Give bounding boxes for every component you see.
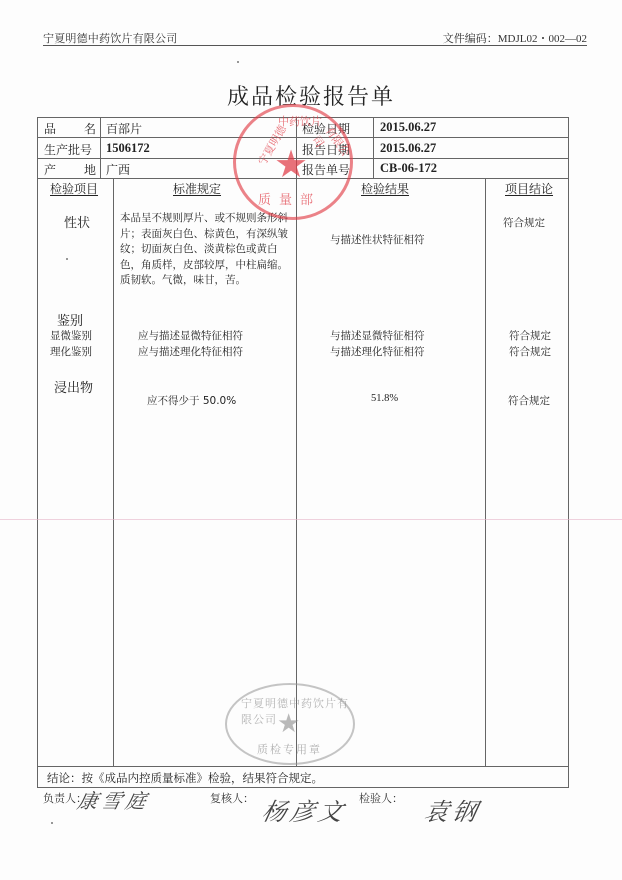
quality-dept-stamp: 宁夏明德 中药饮片 有限公司 ★ 质量部: [233, 104, 353, 220]
report-no-value: CB-06-172: [380, 161, 437, 176]
stamp-bottom-text: 质量部: [258, 189, 321, 208]
conclusion-microscopic: 符合规定: [509, 328, 551, 343]
result-microscopic: 与描述显微特征相符: [330, 328, 425, 343]
item-identification: 鉴别: [57, 310, 83, 329]
table-border: [296, 178, 297, 766]
product-name-label: 品名: [44, 120, 96, 137]
scan-speck: [51, 822, 53, 824]
header-standard: 标准规定: [173, 180, 221, 197]
document-header: 宁夏明德中药饮片有限公司 文件编码：MDJL02・002—02: [43, 30, 587, 46]
standard-appearance: 本品呈不规则厚片、或不规则条形斜片；表面灰白色、棕黄色，有深纵皱纹；切面灰白色、…: [120, 211, 295, 289]
star-icon: ★: [277, 711, 300, 737]
conclusion-extract: 符合规定: [508, 393, 550, 408]
result-extract: 51.8%: [371, 393, 398, 404]
item-appearance: 性状: [64, 212, 90, 231]
conclusion-physicochemical: 符合规定: [509, 344, 551, 359]
inspector-signature: 袁钢: [421, 792, 484, 827]
scan-artifact-line: [0, 519, 622, 520]
file-code-value: MDJL02・002—02: [498, 33, 587, 45]
header-item: 检验项目: [50, 180, 98, 197]
label-part: 名: [84, 120, 96, 137]
conclusion-appearance: 符合规定: [503, 215, 545, 230]
table-border: [113, 178, 114, 766]
table-border: [37, 766, 569, 767]
label-part: 地: [84, 161, 96, 178]
batch-label: 生产批号: [44, 141, 92, 158]
header-result: 检验结果: [361, 180, 409, 197]
table-border: [485, 178, 486, 766]
table-border: [100, 117, 101, 178]
qc-seal-stamp: 宁夏明德中药饮片有限公司 ★ 质检专用章: [225, 683, 355, 765]
file-code-label: 文件编码：: [443, 33, 498, 45]
inspection-report-page: 宁夏明德中药饮片有限公司 文件编码：MDJL02・002—02 成品检验报告单 …: [0, 0, 622, 880]
report-date-value: 2015.06.27: [380, 141, 436, 156]
label-part: 产: [44, 161, 56, 178]
origin-label: 产地: [44, 161, 96, 178]
result-physicochemical: 与描述理化特征相符: [330, 344, 425, 359]
standard-microscopic: 应与描述显微特征相符: [138, 328, 243, 343]
item-microscopic: 显微鉴别: [50, 328, 92, 343]
header-conclusion: 项目结论: [505, 180, 553, 197]
scan-speck: [237, 61, 239, 63]
result-appearance: 与描述性状特征相符: [330, 232, 425, 247]
responsible-signature: 康雪庭: [75, 785, 153, 814]
standard-extract: 应不得少于 50.0%: [147, 393, 236, 408]
origin-value: 广西: [106, 161, 130, 178]
item-extract: 浸出物: [54, 377, 93, 396]
product-name-value: 百部片: [106, 120, 142, 137]
company-name: 宁夏明德中药饮片有限公司: [43, 30, 177, 46]
item-physicochemical: 理化鉴别: [50, 344, 92, 359]
star-icon: ★: [274, 145, 308, 183]
file-code: 文件编码：MDJL02・002—02: [443, 30, 587, 46]
label-part: 品: [44, 120, 56, 137]
table-border: [568, 117, 569, 787]
table-border: [373, 117, 374, 178]
scan-speck: [66, 258, 68, 260]
stamp-arc-text: 中药饮片: [278, 113, 322, 129]
reviewer-signature: 杨彦文: [259, 792, 350, 827]
standard-physicochemical: 应与描述理化特征相符: [138, 344, 243, 359]
inspector-label: 检验人：: [359, 790, 403, 806]
inspect-date-value: 2015.06.27: [380, 120, 436, 135]
final-conclusion: 结论：按《成品内控质量标准》检验，结果符合规定。: [47, 770, 323, 786]
table-border: [37, 117, 38, 787]
reviewer-label: 复核人：: [210, 790, 254, 806]
batch-value: 1506172: [106, 141, 150, 156]
stamp-bottom-text: 质检专用章: [257, 741, 322, 757]
